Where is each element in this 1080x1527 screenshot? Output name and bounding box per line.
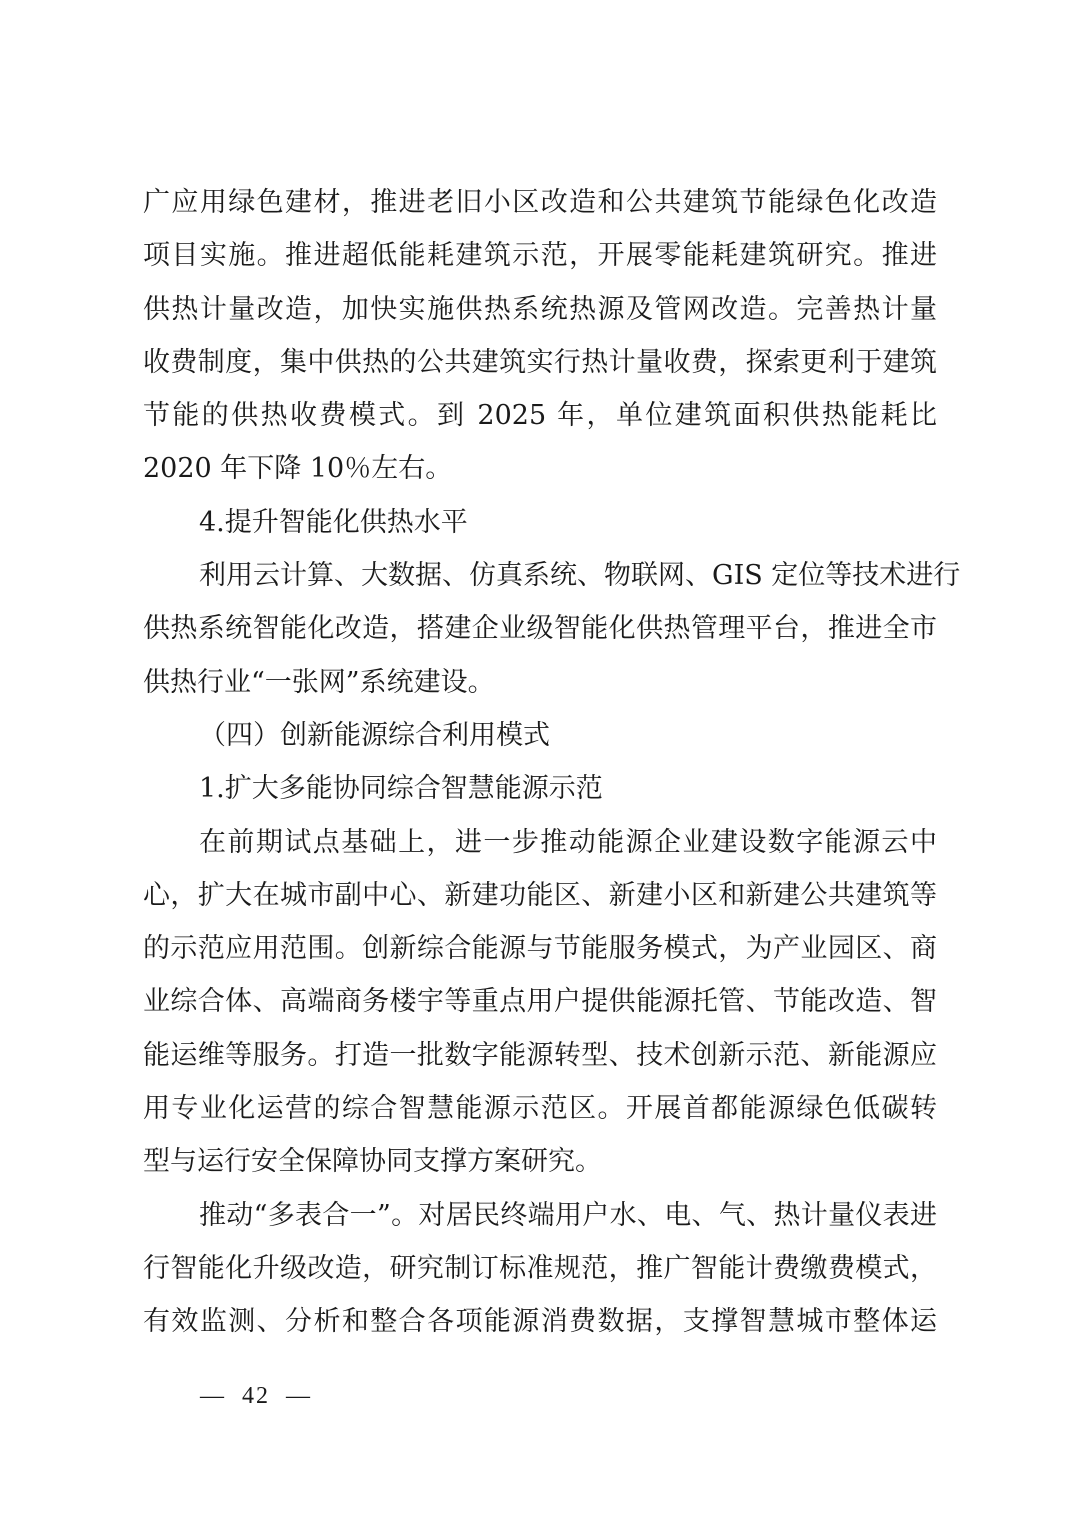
text-line: 能运维等服务。打造一批数字能源转型、技术创新示范、新能源应: [143, 1029, 937, 1082]
text-line: 在前期试点基础上，进一步推动能源企业建设数字能源云中: [143, 816, 937, 869]
page-number: — 42 —: [168, 1356, 312, 1437]
text-line: 项目实施。推进超低能耗建筑示范，开展零能耗建筑研究。推进: [143, 229, 937, 282]
text-line: 心，扩大在城市副中心、新建功能区、新建小区和新建公共建筑等: [143, 869, 937, 922]
text-line: 供热系统智能化改造，搭建企业级智能化供热管理平台，推进全市: [143, 602, 937, 655]
text-line: 行智能化升级改造，研究制订标准规范，推广智能计费缴费模式，: [143, 1242, 937, 1295]
document-page: 广应用绿色建材，推进老旧小区改造和公共建筑节能绿色化改造 项目实施。推进超低能耗…: [0, 0, 1080, 1527]
text-line: 2020 年下降 10％左右。: [143, 442, 937, 495]
document-body: 广应用绿色建材，推进老旧小区改造和公共建筑节能绿色化改造 项目实施。推进超低能耗…: [143, 176, 943, 1349]
text-line: 业综合体、高端商务楼宇等重点用户提供能源托管、节能改造、智: [143, 975, 937, 1028]
text-line: 广应用绿色建材，推进老旧小区改造和公共建筑节能绿色化改造: [143, 176, 937, 229]
text-line: 供热计量改造，加快实施供热系统热源及管网改造。完善热计量: [143, 283, 937, 336]
section-heading-4: （四）创新能源综合利用模式: [143, 709, 937, 762]
text-line: 型与运行安全保障协同支撑方案研究。: [143, 1135, 937, 1188]
text-line: 收费制度，集中供热的公共建筑实行热计量收费，探索更利于建筑: [143, 336, 937, 389]
subheading-4: 4.提升智能化供热水平: [143, 496, 937, 549]
text-line: 供热行业“一张网”系统建设。: [143, 656, 937, 709]
subheading-1: 1.扩大多能协同综合智慧能源示范: [143, 762, 937, 815]
page-number-dash-left: —: [200, 1383, 242, 1409]
text-line: 节能的供热收费模式。到 2025 年，单位建筑面积供热能耗比: [143, 389, 937, 442]
text-line: 有效监测、分析和整合各项能源消费数据，支撑智慧城市整体运: [143, 1295, 937, 1348]
text-line: 推动“多表合一”。对居民终端用户水、电、气、热计量仪表进: [143, 1189, 937, 1242]
page-number-dash-right: —: [270, 1383, 312, 1409]
page-number-value: 42: [242, 1383, 270, 1409]
text-line: 的示范应用范围。创新综合能源与节能服务模式，为产业园区、商: [143, 922, 937, 975]
text-line: 用专业化运营的综合智慧能源示范区。开展首都能源绿色低碳转: [143, 1082, 937, 1135]
text-line: 利用云计算、大数据、仿真系统、物联网、GIS 定位等技术进行: [143, 549, 937, 602]
